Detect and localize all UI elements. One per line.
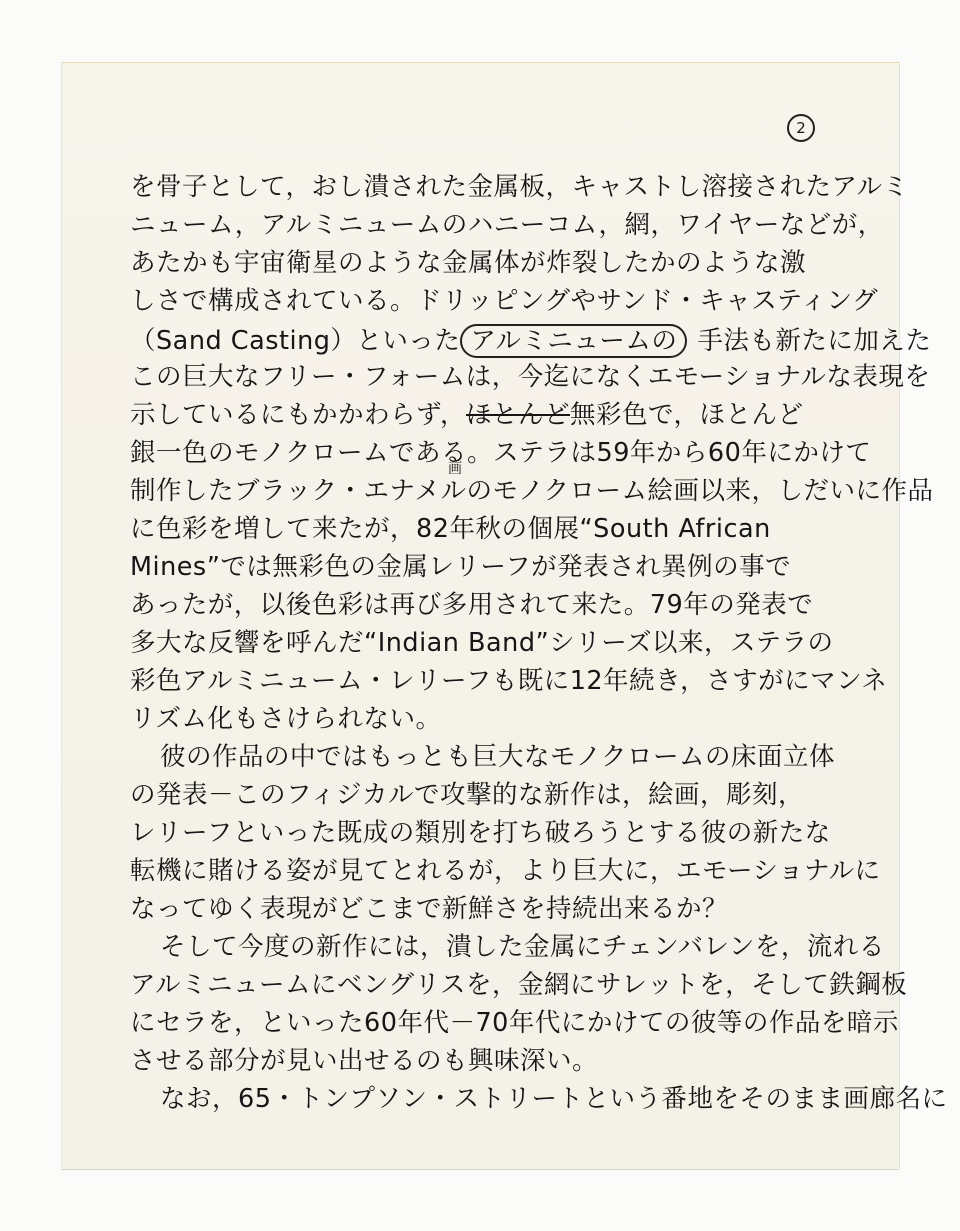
text-line: 示しているにもかかわらず，ほとんど無彩色で，ほとんど	[130, 400, 803, 430]
text-line: ニューム，アルミニュームのハニーコム，網，ワイヤーなどが，	[130, 210, 884, 240]
text-line: 彩色アルミニューム・レリーフも既に12年続き，さすがにマンネ	[130, 666, 887, 696]
text-line: アルミニュームにベングリスを，金網にサレットを，そして鉄鋼板	[130, 970, 907, 1000]
text-line: を骨子として，おし潰された金属板，キャストし溶接されたアルミ	[130, 172, 908, 202]
text-line: の発表－このフィジカルで攻撃的な新作は，絵画，彫刻，	[130, 780, 804, 810]
text-segment: 手法も新たに加えた	[697, 326, 931, 356]
text-line: なお，65・トンプソン・ストリートという番地をそのまま画廊名に	[160, 1084, 947, 1114]
text-line: レリーフといった既成の類別を打ち破ろうとする彼の新たな	[130, 818, 831, 848]
text-line: Mines”では無彩色の金属レリーフが発表され異例の事で	[130, 552, 791, 582]
text-line: にセラを，といった60年代－70年代にかけての彼等の作品を暗示	[130, 1008, 899, 1038]
struck-out-text: ほとんど	[466, 400, 570, 430]
text-segment: 示しているにもかかわらず，	[130, 400, 466, 430]
text-line: リズム化もさけられない。	[130, 704, 442, 734]
text-line: そして今度の新作には，潰した金属にチェンバレンを，流れる	[160, 932, 885, 962]
text-line: させる部分が見い出せるのも興味深い。	[130, 1046, 598, 1076]
text-segment: 無彩色で，ほとんど	[570, 400, 804, 430]
text-segment: （Sand Casting）といった	[130, 326, 460, 356]
text-line: 彼の作品の中ではもっとも巨大なモノクロームの床面立体	[160, 742, 835, 772]
text-line: 銀一色のモノクロームである。ステラは59年から60年にかけて	[130, 438, 871, 468]
text-line: 多大な反響を呼んだ“Indian Band”シリーズ以来，ステラの	[130, 628, 833, 658]
insertion-note: 画	[448, 458, 462, 478]
text-line: この巨大なフリー・フォームは，今迄になくエモーショナルな表現を	[130, 362, 930, 392]
text-line: なってゆく表現がどこまで新鮮さを持続出来るか？	[130, 894, 728, 924]
circled-insertion: アルミニュームの	[460, 324, 687, 358]
text-line: しさで構成されている。ドリッピングやサンド・キャスティング	[130, 286, 878, 316]
text-line: （Sand Casting）といったアルミニュームの手法も新たに加えた	[130, 324, 931, 358]
text-line: 転機に賭ける姿が見てとれるが，より巨大に，エモーショナルに	[130, 856, 881, 886]
page-number-circle: 2	[787, 114, 815, 142]
text-line: あたかも宇宙衛星のような金属体が炸裂したかのような激	[130, 248, 806, 278]
text-line: に色彩を増して来たが，82年秋の個展“South African	[130, 514, 771, 544]
text-line: あったが，以後色彩は再び多用されて来た。79年の発表で	[130, 590, 813, 620]
text-line: 制作したブラック・エナメルのモノクローム絵画以来，しだいに作品	[130, 476, 933, 506]
